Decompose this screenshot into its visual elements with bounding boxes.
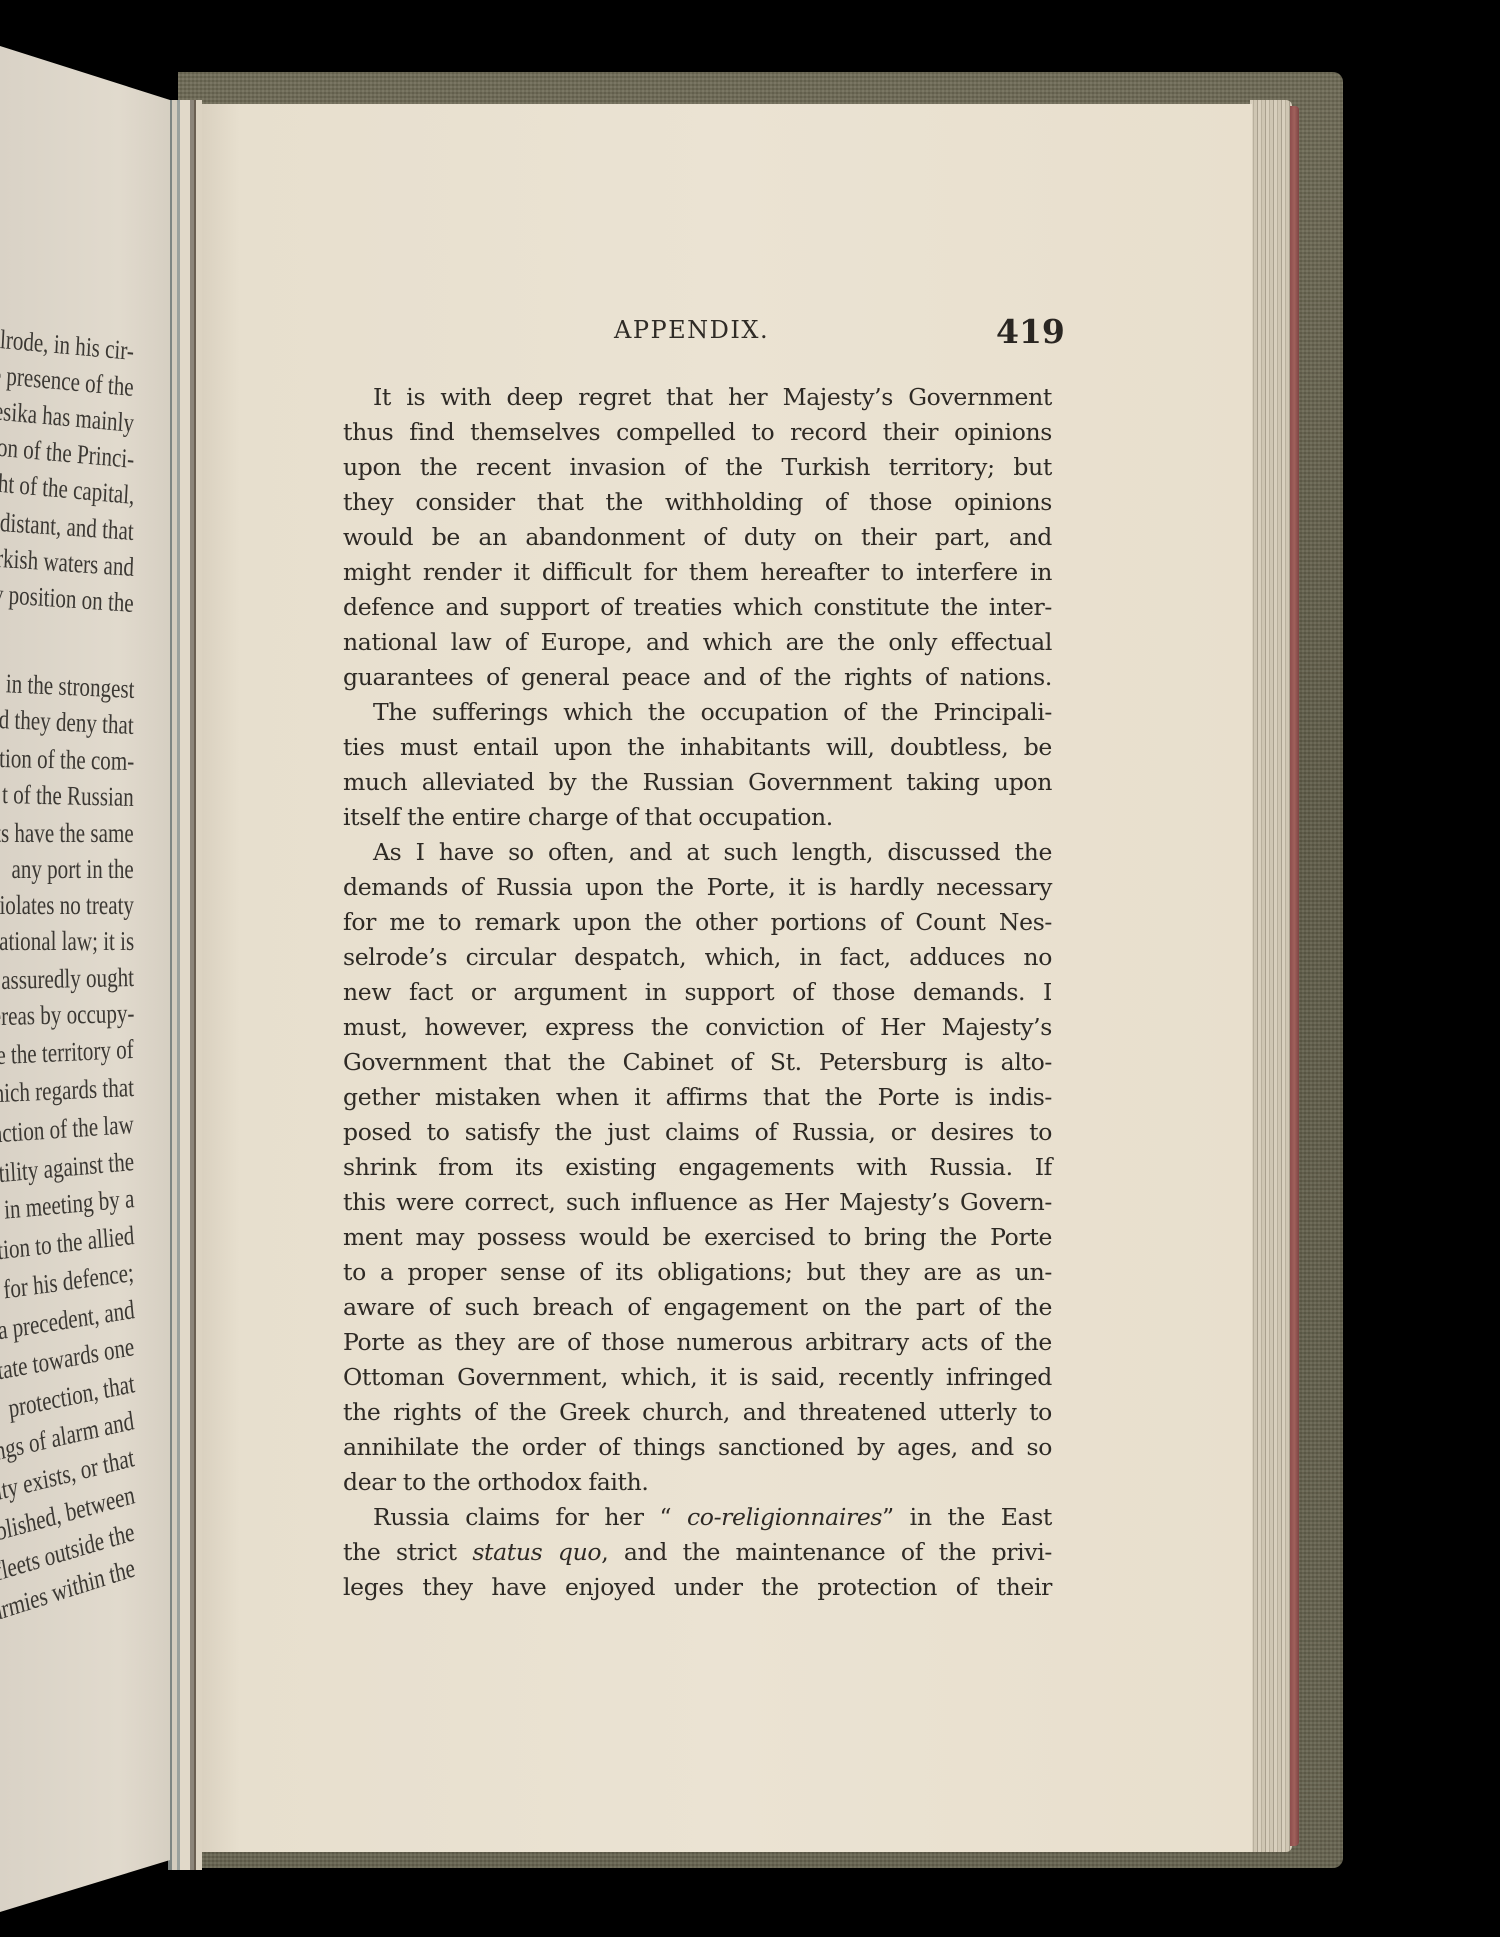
left-page-line: ational law; it is: [0, 926, 134, 957]
text-line: might render it difficult for them herea…: [343, 555, 1052, 590]
text-line: the rights of the Greek church, and thre…: [343, 1395, 1052, 1430]
left-page-line: tility against the: [0, 1146, 135, 1189]
text-line: Government that the Cabinet of St. Peter…: [343, 1045, 1052, 1080]
text-line: would be an abandonment of duty on their…: [343, 520, 1052, 555]
text-line: national law of Europe, and which are th…: [343, 625, 1052, 660]
text-line: upon the recent invasion of the Turkish …: [343, 450, 1052, 485]
left-page-line: action of the law: [0, 1109, 135, 1149]
text-line: they consider that the withholding of th…: [343, 485, 1052, 520]
text-line: for me to remark upon the other portions…: [343, 905, 1052, 940]
left-page-line: elrode, in his cir-: [0, 323, 135, 367]
text-line: The sufferings which the occupation of t…: [343, 695, 1052, 730]
text-line: posed to satisfy the just claims of Russ…: [343, 1115, 1052, 1150]
left-page-line: ry position on the: [0, 578, 135, 619]
text-line: It is with deep regret that her Majesty’…: [343, 380, 1052, 415]
text-line: As I have so often, and at such length, …: [343, 835, 1052, 870]
left-page-line: rkish waters and: [0, 543, 135, 583]
running-head: APPENDIX.: [614, 316, 769, 344]
left-page-line: it assuredly ought: [0, 962, 134, 996]
text-line: thus find themselves compelled to record…: [343, 415, 1052, 450]
left-page-line: in meeting by a: [3, 1183, 135, 1226]
left-page-line: distant, and that: [0, 507, 135, 547]
body-text: It is with deep regret that her Majesty’…: [343, 380, 1052, 1605]
text-line: annihilate the order of things sanctione…: [343, 1430, 1052, 1465]
left-page-line: any port in the: [12, 854, 134, 885]
text-line: ment may possess would be exercised to b…: [343, 1220, 1052, 1255]
text-line: dear to the orthodox faith.: [343, 1465, 1052, 1500]
text-line: much alleviated by the Russian Governmen…: [343, 765, 1052, 800]
left-page-line: violates no treaty: [0, 890, 134, 921]
text-line: shrink from its existing engagements wit…: [343, 1150, 1052, 1185]
text-line: this were correct, such influence as Her…: [343, 1185, 1052, 1220]
text-line: gether mistaken when it affirms that the…: [343, 1080, 1052, 1115]
page-stack-edge: [1250, 100, 1292, 1852]
text-line: guarantees of general peace and of the r…: [343, 660, 1052, 695]
left-page-line: hereas by occupy-: [0, 998, 134, 1032]
left-page-line: sition of the com-: [0, 743, 134, 777]
text-line: Ottoman Government, which, it is said, r…: [343, 1360, 1052, 1395]
left-page-line: hich regards that: [0, 1072, 134, 1109]
left-page-line: nd they deny that: [0, 703, 134, 740]
text-line: the strict status quo, and the maintenan…: [343, 1535, 1052, 1570]
text-line: leges they have enjoyed under the protec…: [343, 1570, 1052, 1605]
text-line: must, however, express the conviction of…: [343, 1010, 1052, 1045]
left-page-line: ht of the capital,: [0, 468, 135, 511]
left-page-line: ts have the same: [0, 818, 134, 849]
text-line: to a proper sense of its obligations; bu…: [343, 1255, 1052, 1290]
left-page-line: t of the Russian: [2, 779, 134, 813]
book-gutter: [168, 100, 202, 1870]
page-number: 419: [996, 312, 1065, 351]
left-page: elrode, in his cir-he presence of theBes…: [0, 0, 170, 1937]
text-line: Porte as they are of those numerous arbi…: [343, 1325, 1052, 1360]
text-line: aware of such breach of engagement on th…: [343, 1290, 1052, 1325]
text-line: demands of Russia upon the Porte, it is …: [343, 870, 1052, 905]
left-page-line: , in the strongest: [0, 668, 134, 705]
text-line: Russia claims for her “ co-religionnaire…: [343, 1500, 1052, 1535]
red-page-edge: [1290, 106, 1299, 1846]
text-line: ties must entail upon the inhabitants wi…: [343, 730, 1052, 765]
text-line: itself the entire charge of that occupat…: [343, 800, 1052, 835]
text-line: new fact or argument in support of those…: [343, 975, 1052, 1010]
text-line: selrode’s circular despatch, which, in f…: [343, 940, 1052, 975]
left-page-line: te the territory of: [0, 1034, 134, 1071]
text-line: defence and support of treaties which co…: [343, 590, 1052, 625]
